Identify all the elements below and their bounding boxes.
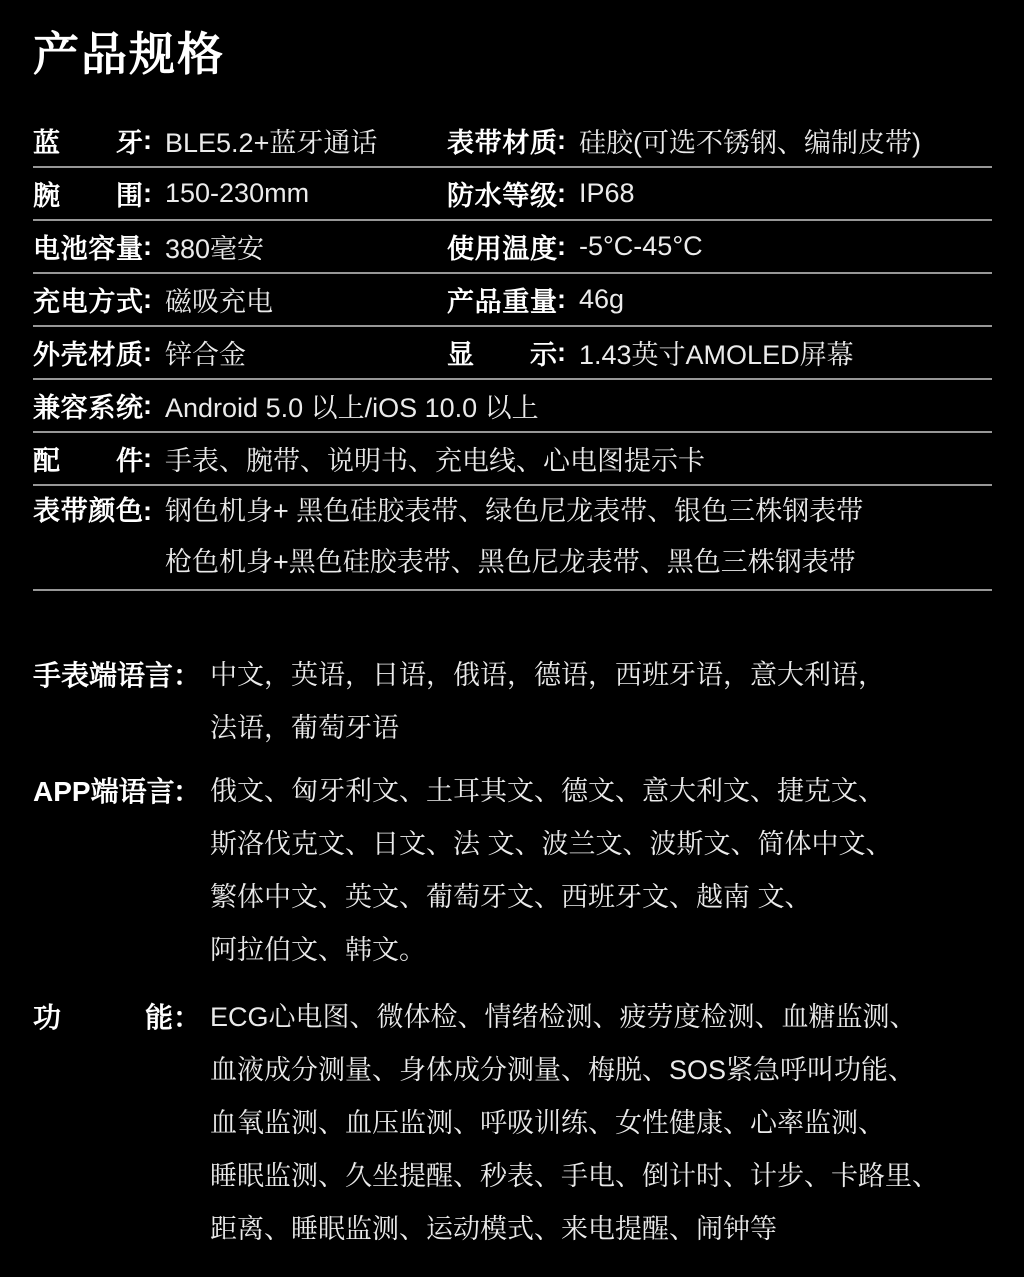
label-colon: : — [143, 443, 152, 474]
spec-value: 磁吸充电 — [165, 280, 273, 319]
spec-label: 电池容量 — [33, 227, 143, 266]
spec-label: 防水等级 — [447, 174, 557, 213]
spec-value-line: 钢色机身+ 黑色硅胶表带、绿色尼龙表带、银色三株钢表带 — [165, 486, 863, 537]
section-line: 繁体中文、英文、葡萄牙文、西班牙文、越南 文、 — [210, 871, 992, 924]
product-spec-page: 产品规格 蓝牙: BLE5.2+蓝牙通话 表带材质: 硅胶(可选不锈钢、编制皮带… — [0, 0, 1024, 1277]
section-watch-languages: 手表端语言： 中文，英语，日语，俄语，德语，西班牙语，意大利语， 法语，葡萄牙语 — [33, 649, 992, 755]
spec-value: 46g — [579, 284, 624, 315]
spec-label: 腕围 — [33, 174, 143, 213]
spec-row-accessories: 配件: 手表、腕带、说明书、充电线、心电图提示卡 — [33, 433, 992, 486]
spec-cell-waterproof: 防水等级: IP68 — [447, 174, 992, 213]
spec-value: 手表、腕带、说明书、充电线、心电图提示卡 — [165, 439, 705, 478]
section-label-wrap: APP端语言： — [33, 765, 210, 823]
section-lines: 中文，英语，日语，俄语，德语，西班牙语，意大利语， 法语，葡萄牙语 — [210, 649, 992, 755]
section-label: APP端语言 — [33, 765, 173, 818]
section-label-wrap: 功能： — [33, 991, 210, 1049]
section-line: 中文，英语，日语，俄语，德语，西班牙语，意大利语， — [210, 649, 992, 702]
spec-label: 表带材质 — [447, 121, 557, 160]
label-colon: : — [143, 390, 152, 421]
label-colon: : — [557, 125, 566, 156]
spec-value: 硅胶(可选不锈钢、编制皮带) — [579, 121, 921, 160]
label-colon: : — [143, 125, 152, 156]
section-lines: 俄文、匈牙利文、土耳其文、德文、意大利文、捷克文、 斯洛伐克文、日文、法 文、波… — [210, 765, 992, 977]
label-colon: : — [143, 178, 152, 209]
spec-label: 蓝牙 — [33, 121, 143, 160]
page-title: 产品规格 — [33, 26, 992, 82]
section-app-languages: APP端语言： 俄文、匈牙利文、土耳其文、德文、意大利文、捷克文、 斯洛伐克文、… — [33, 765, 992, 977]
spec-cell-bluetooth: 蓝牙: BLE5.2+蓝牙通话 — [33, 121, 447, 160]
section-label: 手表端语言 — [33, 649, 173, 702]
spec-label: 充电方式 — [33, 280, 143, 319]
spec-cell-weight: 产品重量: 46g — [447, 280, 992, 319]
spec-label: 外壳材质 — [33, 333, 143, 372]
spec-value: Android 5.0 以上/iOS 10.0 以上 — [165, 386, 539, 425]
label-colon: : — [557, 178, 566, 209]
spec-label: 显示 — [447, 333, 557, 372]
spec-table: 蓝牙: BLE5.2+蓝牙通话 表带材质: 硅胶(可选不锈钢、编制皮带) 腕围:… — [33, 115, 992, 591]
spec-value: BLE5.2+蓝牙通话 — [165, 121, 377, 160]
spec-row-wrist-size: 腕围: 150-230mm 防水等级: IP68 — [33, 168, 992, 221]
spec-cell-temperature: 使用温度: -5°C-45°C — [447, 227, 992, 266]
label-colon: : — [143, 337, 152, 368]
label-colon: : — [557, 284, 566, 315]
spec-row-case-material: 外壳材质: 锌合金 显示: 1.43英寸AMOLED屏幕 — [33, 327, 992, 380]
spec-value: 1.43英寸AMOLED屏幕 — [579, 333, 854, 372]
label-colon: : — [143, 284, 152, 315]
spec-cell-compatibility: 兼容系统: Android 5.0 以上/iOS 10.0 以上 — [33, 386, 992, 425]
section-functions: 功能： ECG心电图、微体检、情绪检测、疲劳度检测、血糖监测、 血液成分测量、身… — [33, 991, 992, 1256]
section-line: 法语，葡萄牙语 — [210, 702, 992, 755]
label-colon: ： — [173, 1002, 201, 1033]
spec-cell-display: 显示: 1.43英寸AMOLED屏幕 — [447, 333, 992, 372]
spec-row-battery: 电池容量: 380毫安 使用温度: -5°C-45°C — [33, 221, 992, 274]
spec-value: 锌合金 — [165, 333, 246, 372]
spec-label: 配件 — [33, 439, 143, 478]
spec-row-strap-colors: 表带颜色: 钢色机身+ 黑色硅胶表带、绿色尼龙表带、银色三株钢表带 枪色机身+黑… — [33, 486, 992, 591]
section-line: ECG心电图、微体检、情绪检测、疲劳度检测、血糖监测、 — [210, 991, 992, 1044]
spec-cell-battery: 电池容量: 380毫安 — [33, 227, 447, 266]
section-line: 血氧监测、血压监测、呼吸训练、女性健康、心率监测、 — [210, 1097, 992, 1150]
section-label-wrap: 手表端语言： — [33, 649, 210, 707]
label-colon: ： — [173, 660, 201, 691]
section-line: 俄文、匈牙利文、土耳其文、德文、意大利文、捷克文、 — [210, 765, 992, 818]
section-line: 血液成分测量、身体成分测量、梅脱、SOS紧急呼叫功能、 — [210, 1044, 992, 1097]
spec-label: 产品重量 — [447, 280, 557, 319]
spec-value: -5°C-45°C — [579, 231, 703, 262]
spec-label: 使用温度 — [447, 227, 557, 266]
label-colon: : — [143, 486, 152, 537]
spec-cell-strap-colors: 表带颜色: 钢色机身+ 黑色硅胶表带、绿色尼龙表带、银色三株钢表带 枪色机身+黑… — [33, 486, 992, 588]
section-line: 距离、睡眠监测、运动模式、来电提醒、闹钟等 — [210, 1203, 992, 1256]
section-lines: ECG心电图、微体检、情绪检测、疲劳度检测、血糖监测、 血液成分测量、身体成分测… — [210, 991, 992, 1256]
spec-row-charging: 充电方式: 磁吸充电 产品重量: 46g — [33, 274, 992, 327]
spec-row-bluetooth: 蓝牙: BLE5.2+蓝牙通话 表带材质: 硅胶(可选不锈钢、编制皮带) — [33, 115, 992, 168]
spec-value-lines: 钢色机身+ 黑色硅胶表带、绿色尼龙表带、银色三株钢表带 枪色机身+黑色硅胶表带、… — [165, 486, 863, 588]
section-line: 睡眠监测、久坐提醒、秒表、手电、倒计时、计步、卡路里、 — [210, 1150, 992, 1203]
spec-value: IP68 — [579, 178, 635, 209]
label-colon: ： — [173, 776, 201, 807]
section-line: 阿拉伯文、韩文。 — [210, 924, 992, 977]
section-line: 斯洛伐克文、日文、法 文、波兰文、波斯文、简体中文、 — [210, 818, 992, 871]
spec-value: 380毫安 — [165, 227, 264, 266]
spec-cell-case-material: 外壳材质: 锌合金 — [33, 333, 447, 372]
label-colon: : — [557, 337, 566, 368]
spec-row-compatibility: 兼容系统: Android 5.0 以上/iOS 10.0 以上 — [33, 380, 992, 433]
spec-value: 150-230mm — [165, 178, 309, 209]
label-colon: : — [143, 231, 152, 262]
spec-cell-accessories: 配件: 手表、腕带、说明书、充电线、心电图提示卡 — [33, 439, 992, 478]
spec-value-line: 枪色机身+黑色硅胶表带、黑色尼龙表带、黑色三株钢表带 — [165, 537, 863, 588]
spec-cell-strap-material: 表带材质: 硅胶(可选不锈钢、编制皮带) — [447, 121, 992, 160]
spec-cell-wrist-size: 腕围: 150-230mm — [33, 174, 447, 213]
label-colon: : — [557, 231, 566, 262]
spec-cell-charging: 充电方式: 磁吸充电 — [33, 280, 447, 319]
spec-label: 兼容系统 — [33, 386, 143, 425]
spec-label: 表带颜色 — [33, 486, 143, 537]
section-label: 功能 — [33, 991, 173, 1044]
